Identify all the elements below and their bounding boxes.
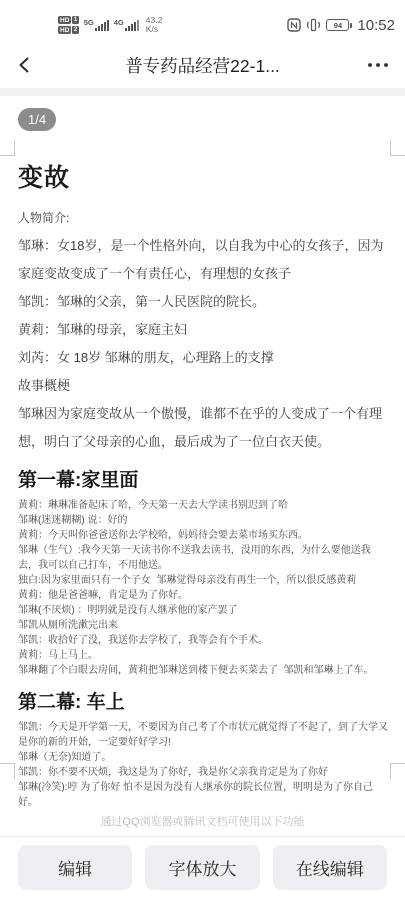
footer: 通过QQ浏览器或腾讯文档可使用以下功能 编辑字体放大在线编辑 [0, 809, 405, 900]
character-intro-line: 黄莉：邹琳的母亲，家庭主妇 [18, 316, 389, 344]
phone-screen: HD 1 HD 2 5G 4G [0, 0, 405, 900]
signal-sim1: 5G [84, 19, 109, 31]
chevron-left-icon [16, 56, 34, 74]
synopsis-text: 邹琳因为家庭变故从一个傲慢，谁都不在乎的人变成了一个有理想，明白了父母亲的心血，… [18, 400, 389, 456]
network-type-label: 5G [84, 19, 94, 26]
scene2-heading: 第二幕: 车上 [18, 687, 389, 714]
document-title-header: 普专药品经营22-1... [125, 53, 280, 78]
script-line: 黄莉：他是爸爸嘛，肯定是为了你好。 [18, 588, 389, 603]
signal-bars-icon [95, 19, 109, 31]
script-line: 黄莉：今天叫你爸爸送你去学校哈，妈妈待会要去菜市场买东西。 [18, 528, 389, 543]
script-line: 邹凯：你不要不厌烦，我这是为了你好，我是你父亲我肯定是为了你好 [18, 765, 389, 780]
script-line: 邹琳翻了个白眼去房间，黄莉把邹琳送到楼下便去买菜去了 邹凯和邹琳上了车。 [18, 663, 389, 678]
status-bar: HD 1 HD 2 5G 4G [0, 0, 405, 42]
speed-unit: K/s [146, 25, 163, 34]
hd-icon: HD [58, 16, 71, 24]
page-corner-mark [0, 140, 15, 156]
script-line: 邹琳(不厌烦) ：明明就是没有人继承他的家产罢了 [18, 603, 389, 618]
page-number-badge: 1/4 [18, 108, 56, 131]
vibrate-mode-icon [306, 18, 321, 32]
status-right-cluster: 94 10:52 [287, 17, 395, 34]
script-line: 邹琳（无奈)知道了。 [18, 750, 389, 765]
hd-sim1: HD 1 [58, 16, 79, 24]
intro-label: 人物简介: [18, 204, 389, 232]
battery-level: 94 [334, 21, 342, 30]
title-bar: 普专药品经营22-1... [0, 42, 405, 88]
footer-hint-text: 通过QQ浏览器或腾讯文档可使用以下功能 [0, 809, 405, 836]
character-intro-line: 刘芮：女 18岁 邹琳的朋友，心理路上的支撑 [18, 344, 389, 372]
page-corner-mark [390, 140, 405, 156]
footer-action-bar: 编辑字体放大在线编辑 [0, 836, 405, 900]
script-line: 黄莉：马上马上。 [18, 648, 389, 663]
scene1-lines: 黄莉：琳琳准备起床了哈，今天第一天去大学读书别迟到了哈邹琳(迷迷糊糊) 说：好的… [18, 498, 389, 678]
page-corner-mark [0, 763, 15, 779]
hd-icon: HD [58, 26, 71, 34]
footer-action-button[interactable]: 字体放大 [145, 845, 259, 890]
network-speed: 43.2 K/s [146, 16, 163, 34]
back-button[interactable] [16, 50, 46, 80]
network-type-label: 4G [114, 19, 124, 26]
script-line: 邹琳（生气）:我今天第一天读书你不送我去读书，没用的东西，为什么要他送我去，我可… [18, 543, 389, 573]
character-intro-list: 邹琳：女18岁，是一个性格外向，以自我为中心的女孩子，因为家庭变故变成了一个有责… [18, 232, 389, 372]
script-line: 独白:因为家里面只有一个子女 邹琳觉得母亲没有再生一个，所以很反感黄莉 [18, 573, 389, 588]
script-title: 变故 [18, 158, 389, 194]
more-dots-icon [367, 62, 389, 68]
synopsis-label: 故事概梗 [18, 372, 389, 400]
document-content: 变故 人物简介: 邹琳：女18岁，是一个性格外向，以自我为中心的女孩子，因为家庭… [0, 96, 405, 809]
signal-sim2: 4G [114, 19, 139, 31]
nfc-icon [287, 18, 301, 32]
character-intro-line: 邹琳：女18岁，是一个性格外向，以自我为中心的女孩子，因为家庭变故变成了一个有责… [18, 232, 389, 288]
script-line: 邹凯：收拾好了没，我送你去学校了，我等会有个手术。 [18, 633, 389, 648]
footer-action-button[interactable]: 在线编辑 [273, 845, 387, 890]
clock-time: 10:52 [357, 17, 395, 34]
hd-sim2: HD 2 [58, 26, 79, 34]
sim2-index: 2 [72, 26, 78, 34]
header-separator [0, 88, 405, 96]
more-menu-button[interactable] [359, 50, 389, 80]
page-corner-mark [390, 763, 405, 779]
script-line: 邹凯从厕所洗漱完出来 [18, 618, 389, 633]
status-left-cluster: HD 1 HD 2 5G 4G [58, 16, 162, 34]
script-line: 邹琳(冷笑):哼 为了你好 怕不是因为没有人继承你的院长位置，明明是为了你自己好… [18, 780, 389, 809]
scene2-lines: 邹凯：今天是开学第一天，不要因为自己考了个市状元就觉得了不起了，到了大学又是你的… [18, 720, 389, 809]
hd-volte-icons: HD 1 HD 2 [58, 16, 79, 34]
document-viewer[interactable]: 1/4 变故 人物简介: 邹琳：女18岁，是一个性格外向，以自我为中心的女孩子，… [0, 96, 405, 809]
sim1-index: 1 [72, 16, 78, 24]
signal-bars-icon [125, 19, 139, 31]
script-line: 邹琳(迷迷糊糊) 说：好的 [18, 513, 389, 528]
battery-icon: 94 [326, 19, 349, 31]
script-line: 黄莉：琳琳准备起床了哈，今天第一天去大学读书别迟到了哈 [18, 498, 389, 513]
script-line: 邹凯：今天是开学第一天，不要因为自己考了个市状元就觉得了不起了，到了大学又是你的… [18, 720, 389, 750]
character-intro-line: 邹凯：邹琳的父亲，第一人民医院的院长。 [18, 288, 389, 316]
footer-action-button[interactable]: 编辑 [18, 845, 132, 890]
scene1-heading: 第一幕:家里面 [18, 465, 389, 492]
